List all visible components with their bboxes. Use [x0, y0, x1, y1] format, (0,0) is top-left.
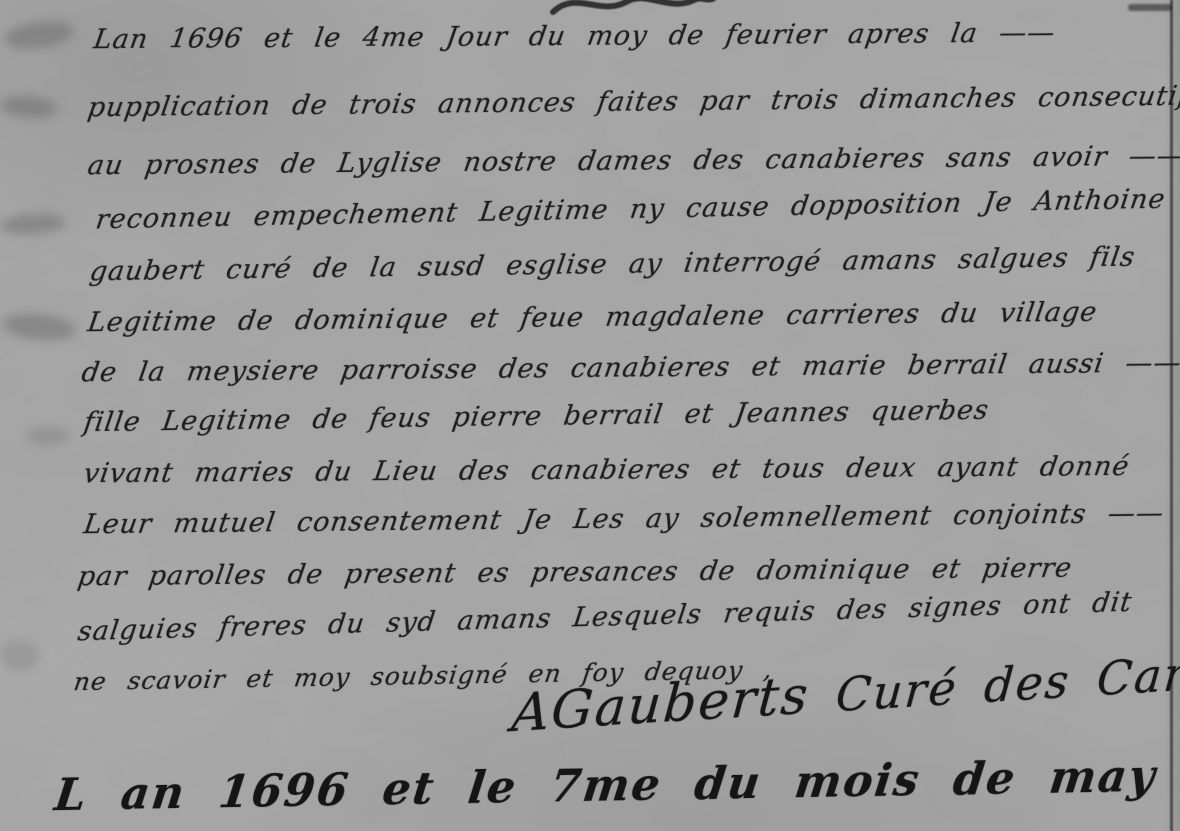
manuscript-line-2: pupplication de trois annonces faites pa… [86, 80, 1180, 123]
manuscript-line-4: reconneu empechement Legitime ny cause d… [94, 183, 1168, 235]
manuscript-line-12: salguies freres du syd amans Lesquels re… [76, 586, 1134, 647]
bleed-through-mark [0, 212, 67, 237]
manuscript-page: Lan 1696 et le 4me Jour du moy de feurie… [0, 0, 1180, 831]
manuscript-line-10: Leur mutuel consentement Je Les ay solem… [82, 498, 1167, 540]
manuscript-line-6: Legitime de dominique et feue magdalene … [86, 296, 1100, 338]
bleed-through-mark [0, 94, 59, 121]
bleed-through-mark [3, 17, 76, 52]
manuscript-line-1: Lan 1696 et le 4me Jour du moy de feurie… [92, 17, 1058, 55]
manuscript-line-11: par parolles de present es presances de … [76, 552, 1075, 592]
signature-title: Curé des Canabied [834, 638, 1180, 723]
manuscript-line-9: vivant maries du Lieu des canabieres et … [82, 451, 1132, 489]
cut-off-text-fragment-top [548, 0, 718, 18]
bleed-through-mark [26, 428, 70, 444]
bleed-through-mark [1, 310, 77, 344]
manuscript-line-8: fille Legitime de feus pierre berrail et… [82, 394, 991, 438]
page-edge-line [1170, 0, 1173, 831]
manuscript-line-3: au prosnes de Lyglise nostre dames des c… [86, 140, 1180, 181]
ink-mark-top-right [1128, 4, 1172, 11]
priest-signature: AGauberts Curé des Canabied [510, 634, 1180, 745]
manuscript-line-7: de la meysiere parroisse des canabieres … [80, 347, 1180, 388]
page-gutter-shadow [1164, 0, 1180, 831]
bleed-through-mark [0, 640, 40, 670]
next-entry-fragment: L an 1696 et le 7me du mois de may apres [52, 748, 1180, 821]
manuscript-line-5: gaubert curé de la susd esglise ay inter… [88, 241, 1138, 287]
